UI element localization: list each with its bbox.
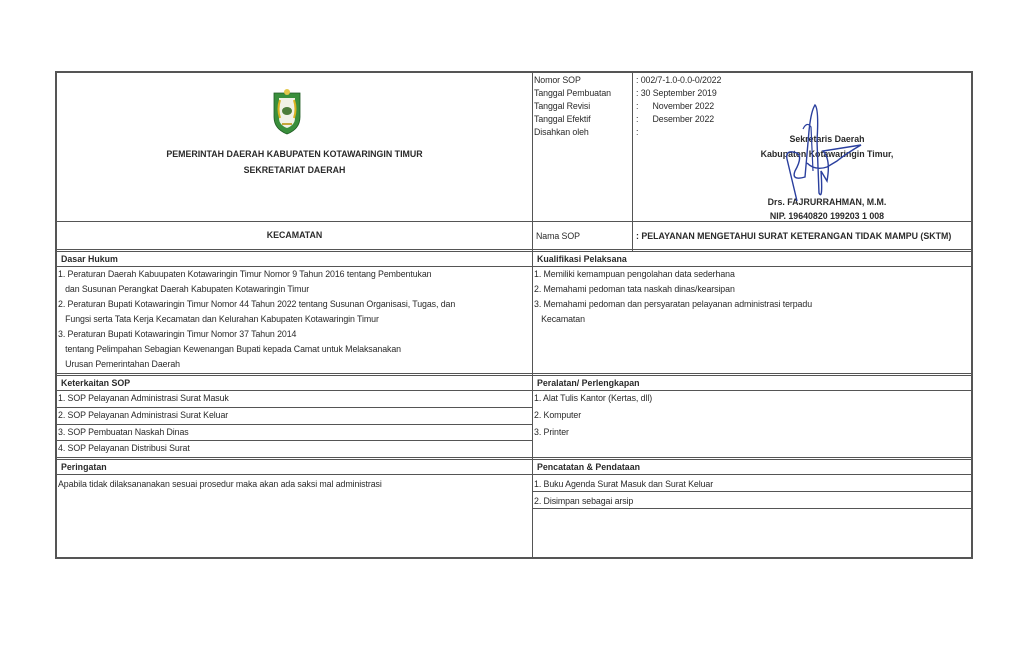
- kualifikasi-list: 1. Memiliki kemampuan pengolahan data se…: [534, 267, 836, 327]
- meta-value-tanggal-efektif: : Desember 2022: [636, 112, 714, 127]
- row-divider: [57, 457, 973, 458]
- sop-name-label: Nama SOP: [536, 229, 580, 244]
- org-name-line2: SEKRETARIAT DAERAH: [76, 163, 513, 178]
- list-item: 1. SOP Pelayanan Administrasi Surat Masu…: [58, 391, 229, 406]
- list-item: 3. Memahami pedoman dan persyaratan pela…: [534, 297, 812, 312]
- org-name-line1: PEMERINTAH DAERAH KABUPATEN KOTAWARINGIN…: [76, 147, 513, 162]
- list-item: dan Susunan Perangkat Daerah Kabupaten K…: [58, 282, 455, 297]
- section-title-keterkaitan: Keterkaitan SOP: [61, 376, 130, 391]
- list-item: 2. SOP Pelayanan Administrasi Surat Kelu…: [58, 408, 228, 423]
- row-divider: [57, 474, 973, 475]
- row-divider: [57, 459, 973, 460]
- list-item: 2. Disimpan sebagai arsip: [534, 494, 633, 509]
- meta-value-disahkan-oleh: :: [636, 125, 638, 140]
- section-title-kualifikasi: Kualifikasi Pelaksana: [537, 252, 627, 267]
- row-divider: [57, 375, 973, 376]
- dasar-hukum-list: 1. Peraturan Daerah Kabuupaten Kotawarin…: [58, 267, 490, 372]
- approver-nip: NIP. 19640820 199203 1 008: [707, 209, 946, 224]
- warning-text: Apabila tidak dilaksananakan sesuai pros…: [58, 477, 382, 492]
- meta-label-divider: [632, 73, 633, 223]
- section-title-dasar-hukum: Dasar Hukum: [61, 252, 118, 267]
- list-item: 1. Peraturan Daerah Kabuupaten Kotawarin…: [58, 267, 455, 282]
- row-divider: [57, 251, 973, 252]
- handwritten-signature-icon: [757, 101, 867, 211]
- list-item: 1. Alat Tulis Kantor (Kertas, dll): [534, 391, 652, 406]
- list-item: 3. Peraturan Bupati Kotawaringin Timur N…: [58, 327, 455, 342]
- sop-name-value: : PELAYANAN MENGETAHUI SURAT KETERANGAN …: [636, 229, 951, 244]
- list-item: 2. Memahami pedoman tata naskah dinas/ke…: [534, 282, 812, 297]
- section-title-pencatatan: Pencatatan & Pendataan: [537, 460, 640, 475]
- meta-label-disahkan-oleh: Disahkan oleh: [534, 125, 589, 140]
- list-item: 4. SOP Pelayanan Distribusi Surat: [58, 441, 190, 456]
- list-item: 2. Peraturan Bupati Kotawaringin Timur N…: [58, 297, 455, 312]
- sop-document-table: PEMERINTAH DAERAH KABUPATEN KOTAWARINGIN…: [55, 71, 973, 559]
- kotawaringin-timur-coat-of-arms-icon: [272, 85, 302, 135]
- unit-name: KECAMATAN: [76, 228, 513, 243]
- list-item: 3. Printer: [534, 425, 569, 440]
- row-divider: [532, 491, 973, 492]
- column-divider: [532, 73, 533, 559]
- list-item: Fungsi serta Tata Kerja Kecamatan dan Ke…: [58, 312, 455, 327]
- list-item: tentang Pelimpahan Sebagian Kewenangan B…: [58, 342, 455, 357]
- row-divider: [532, 508, 973, 509]
- list-item: Kecamatan: [534, 312, 812, 327]
- row-divider: [57, 373, 973, 374]
- list-item: 3. SOP Pembuatan Naskah Dinas: [58, 425, 189, 440]
- section-title-peralatan: Peralatan/ Perlengkapan: [537, 376, 640, 391]
- list-item: 1. Buku Agenda Surat Masuk dan Surat Kel…: [534, 477, 713, 492]
- list-item: Urusan Pemerintahan Daerah: [58, 357, 455, 372]
- row-divider: [57, 249, 973, 250]
- list-item: 1. Memiliki kemampuan pengolahan data se…: [534, 267, 812, 282]
- sop-name-divider: [632, 223, 633, 251]
- list-item: 2. Komputer: [534, 408, 581, 423]
- section-title-peringatan: Peringatan: [61, 460, 107, 475]
